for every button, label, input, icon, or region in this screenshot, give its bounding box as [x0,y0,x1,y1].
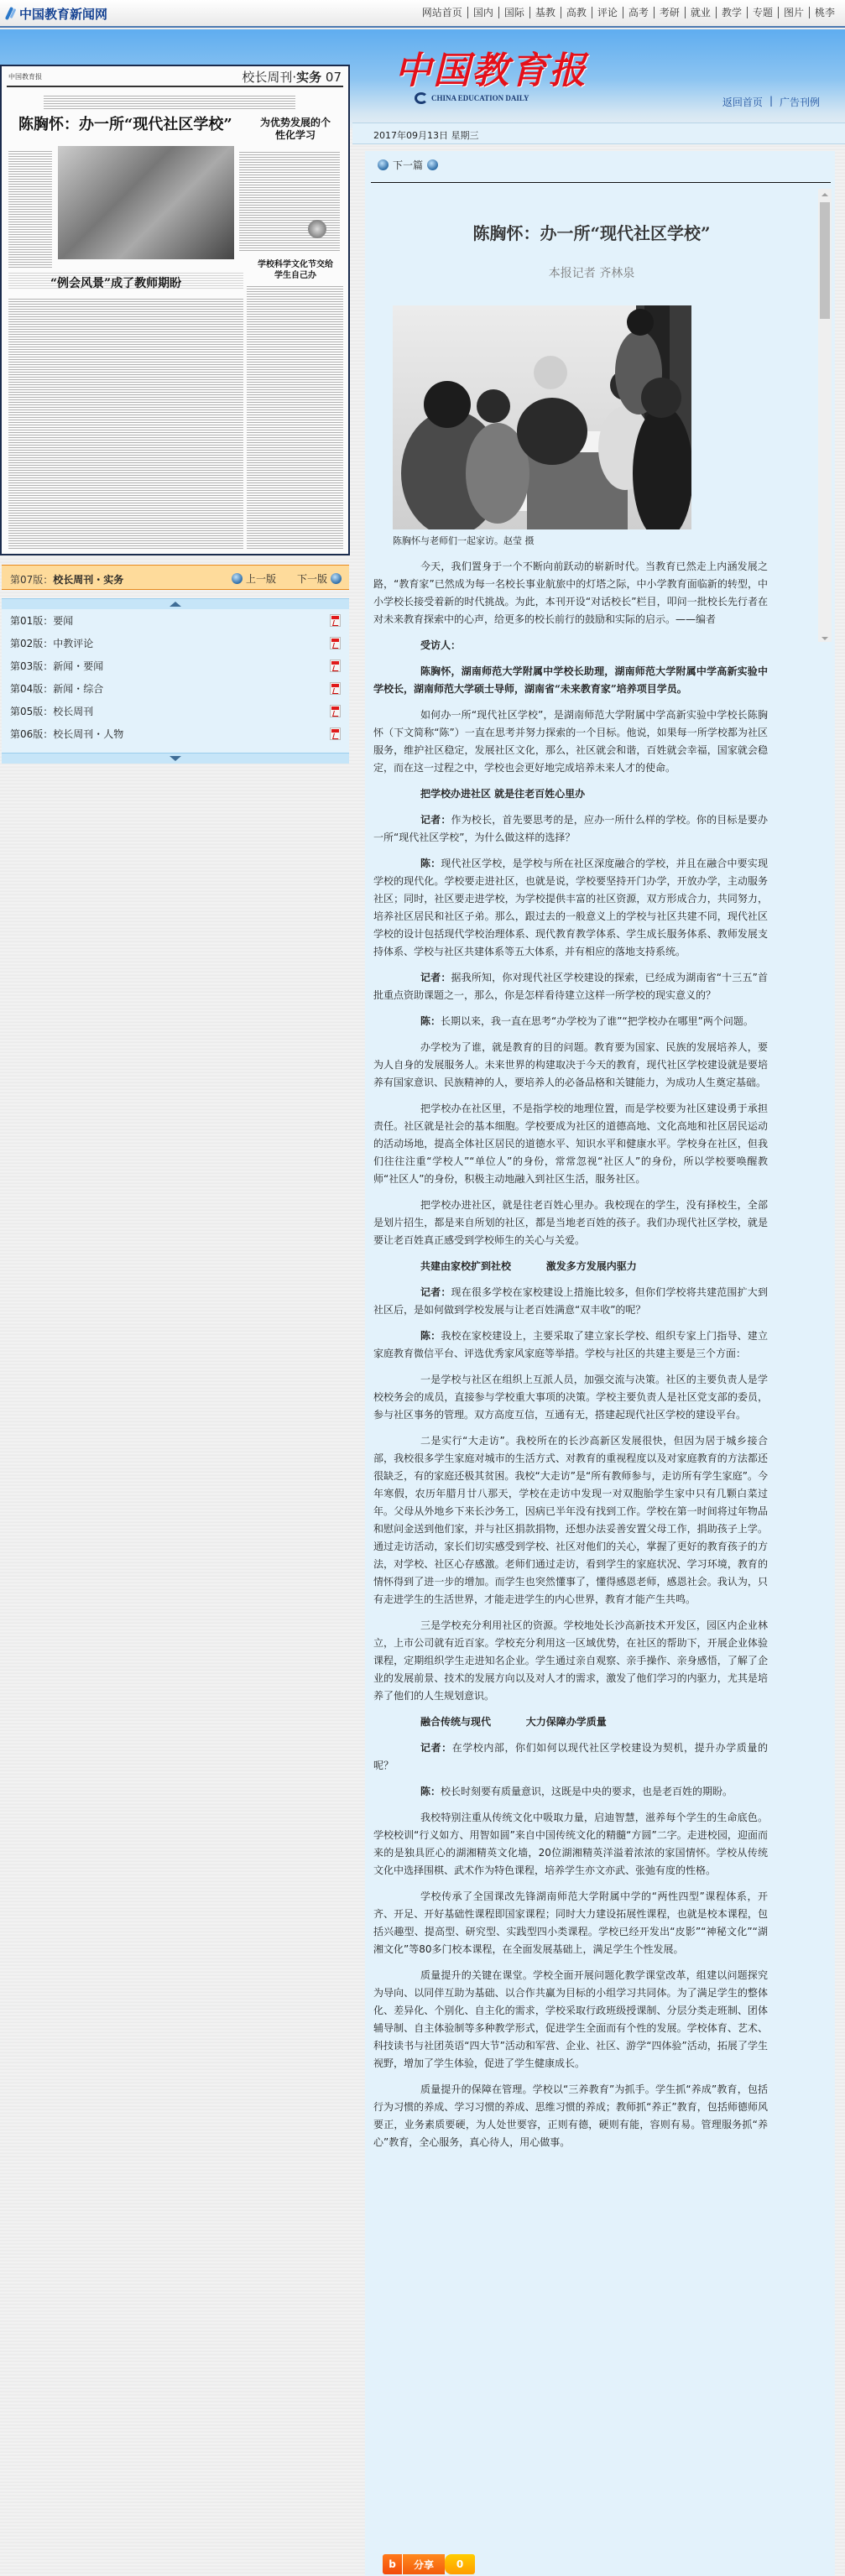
nav-jobs[interactable]: 就业 [685,7,716,18]
nav-topics[interactable]: 专题 [747,7,778,18]
edition-item[interactable]: 第02版：中教评论 [2,632,349,654]
qa-paragraph: 记者：在学校内部，你们如何以现代社区学校建设为契机，提升办学质量的呢？ [373,1739,768,1775]
edition-bar: 第07版：校长周刊・实务 上一版 下一版 [2,565,349,590]
masthead: 中国教育报 CHINA EDUCATION DAILY [394,40,587,104]
scroll-down-arrow[interactable] [818,637,832,640]
paragraph: 二是实行“大走访”。我校所在的长沙高新区发展很快，但因为居于城乡接合部，我校很多… [373,1432,768,1609]
pdf-icon[interactable] [330,614,341,627]
paragraph: 把学校办进社区，就是往老百姓心里办。我校现在的学生，没有择校生，全部是划片招生，… [373,1197,768,1249]
triangle-up-icon [170,602,181,607]
pdf-icon[interactable] [330,727,341,740]
nav-basic-edu[interactable]: 基教 [529,7,561,18]
triangle-down-icon [822,637,828,640]
preview-section-title: 校长周刊·实务 07 [242,68,342,86]
paragraph: 如何办一所“现代社区学校”，是湖南师范大学附属中学高新实验中学校长陈胸怀（下文简… [373,707,768,777]
site-name: 中国教育新闻网 [19,5,107,23]
article-title: 陈胸怀：办一所“现代社区学校” [365,220,818,244]
preview-logo: 中国教育报 [8,72,42,81]
preview-portrait [308,220,326,238]
share-logo-icon: b [383,2554,403,2574]
qa-paragraph: 记者：现在很多学校在家校建设上措施比较多，但你们学校将共建范围扩大到社区后，是如… [373,1284,768,1319]
nav-taoli[interactable]: 桃李 [809,7,840,18]
paragraph: 把学校办在社区里，不是指学校的地理位置，而是学校要为社区建设勇于承担责任。社区就… [373,1100,768,1188]
preview-headline[interactable]: 为优势发展的个性化学习 [258,117,333,142]
pdf-icon[interactable] [330,705,341,717]
photo-caption: 陈胸怀与老师们一起家访。赵莹 摄 [393,534,535,547]
edition-item[interactable]: 第04版：新闻・综合 [2,677,349,700]
edition-list: 第01版：要闻 第02版：中教评论 第03版：新闻・要闻 第04版：新闻・综合 … [2,598,349,764]
link-separator: | [769,95,773,109]
nav-gaokao[interactable]: 高考 [623,7,654,18]
subheading: 把学校办进社区 就是往老百姓心里办 [373,785,768,803]
article-nav: 下一篇 [378,158,438,172]
interviewee-label: 受访人： [373,637,768,654]
pdf-icon[interactable] [330,682,341,695]
paragraph: 办学校为了谁，就是教育的目的问题。教育要为国家、民族的发展培养人，要为人自身的发… [373,1039,768,1092]
arrow-right-icon [331,573,342,584]
preview-headline[interactable]: 学校科学文化节交给学生自己办 [258,259,333,281]
paragraph: 一是学校与社区在组织上互派人员，加强交流与决策。社区的主要负责人是学校校务会的成… [373,1371,768,1424]
subheading: 共建由家校扩到社校 激发多方发展内驱力 [373,1258,768,1275]
nav-international[interactable]: 国际 [498,7,529,18]
nav-pictures[interactable]: 图片 [778,7,809,18]
pdf-icon[interactable] [330,660,341,672]
scroll-up-button[interactable] [2,598,349,609]
masthead-subtitle: CHINA EDUCATION DAILY [431,94,529,102]
article-body: 今天，我们置身于一个不断向前跃动的崭新时代。当教育已然走上内涵发展之路，“教育家… [373,558,768,2160]
scroll-thumb[interactable] [820,202,830,319]
nav-commentary[interactable]: 评论 [592,7,623,18]
prev-article-icon[interactable] [378,159,389,170]
nav-higher-edu[interactable]: 高教 [561,7,592,18]
qa-paragraph: 陈：校长时刻要有质量意识，这既是中央的要求，也是老百姓的期盼。 [373,1783,768,1801]
paragraph: 我校特别注重从传统文化中吸取力量，启迪智慧，滋养每个学生的生命底色。学校校训“行… [373,1809,768,1880]
preview-headline[interactable]: “例会风景”成了教师期盼 [50,274,181,291]
top-nav: 网站首页 国内 国际 基教 高教 评论 高考 考研 就业 教学 专题 图片 桃李 [417,7,840,18]
home-visit-photo [393,305,691,529]
current-edition: 第07版：校长周刊・实务 [10,572,123,587]
paragraph: 质量提升的保障在管理。学校以“三养教育”为抓手。学生抓“养成”教育，包括行为习惯… [373,2081,768,2151]
qa-paragraph: 陈：现代社区学校，是学校与所在社区深度融合的学校，并且在融合中要实现学校的现代化… [373,855,768,961]
page-preview[interactable]: 中国教育报 校长周刊·实务 07 陈胸怀：办一所“现代社区学校” 为优势发展的个… [0,65,350,555]
share-count: 0 [445,2554,475,2574]
qa-paragraph: 记者：作为校长，首先要思考的是，应办一所什么样的学校。你的目标是要办一所“现代社… [373,811,768,847]
ad-rates-link[interactable]: 广告刊例 [780,95,820,109]
top-bar: 中国教育新闻网 网站首页 国内 国际 基教 高教 评论 高考 考研 就业 教学 … [0,0,845,28]
share-button[interactable]: b 分享 0 [383,2554,475,2574]
edition-item[interactable]: 第03版：新闻・要闻 [2,654,349,677]
subheading: 融合传统与现代 大力保障办学质量 [373,1713,768,1731]
triangle-up-icon [822,193,828,196]
issue-date: 2017年09月13日 星期三 [373,128,479,142]
divider [371,182,831,183]
preview-headline[interactable]: 陈胸怀：办一所“现代社区学校” [18,112,232,134]
preview-photo [58,146,234,259]
qa-paragraph: 记者：据我所知，你对现代社区学校建设的探索，已经成为湖南省“十三五”首批重点资助… [373,969,768,1004]
ced-logo-icon [415,92,428,104]
prev-edition-button[interactable]: 上一版 [232,571,276,586]
arrow-left-icon [232,573,243,584]
scroll-down-button[interactable] [2,753,349,764]
date-bar: 2017年09月13日 星期三 [352,123,845,144]
edition-item[interactable]: 第05版：校长周刊 [2,700,349,722]
masthead-title: 中国教育报 [394,40,587,94]
article-photo [393,305,691,529]
nav-home[interactable]: 网站首页 [417,7,467,18]
nav-domestic[interactable]: 国内 [467,7,498,18]
edition-item[interactable]: 第01版：要闻 [2,609,349,632]
paragraph: 今天，我们置身于一个不断向前跃动的崭新时代。当教育已然走上内涵发展之路，“教育家… [373,558,768,628]
header-links: 返回首页 | 广告刊例 [722,95,820,109]
article-panel: 下一篇 陈胸怀：办一所“现代社区学校” 本报记者 齐林泉 [365,151,835,2576]
next-edition-button[interactable]: 下一版 [297,571,342,586]
next-article-link[interactable]: 下一篇 [393,158,423,172]
triangle-down-icon [170,756,181,761]
site-logo[interactable]: 中国教育新闻网 [6,5,107,22]
qa-paragraph: 陈：长期以来，我一直在思考“办学校为了谁”“把学校办在哪里”两个问题。 [373,1013,768,1030]
paragraph: 学校传承了全国课改先锋湖南师范大学附属中学的“两性四型”课程体系，开齐、开足、开… [373,1888,768,1958]
nav-kaoyan[interactable]: 考研 [654,7,685,18]
article-author: 本报记者 齐林泉 [365,264,818,281]
qa-paragraph: 陈：我校在家校建设上，主要采取了建立家长学校、组织专家上门指导、建立家庭教育微信… [373,1327,768,1363]
pdf-icon[interactable] [330,637,341,649]
article-scrollbar[interactable] [818,189,832,642]
scroll-up-arrow[interactable] [818,189,832,201]
paragraph: 质量提升的关键在课堂。学校全面开展问题化教学课堂改革，组建以问题探究为导向、以同… [373,1967,768,2073]
interviewee-bio: 陈胸怀，湖南师范大学附属中学校长助理，湖南师范大学附属中学高新实验中学校长，湖南… [373,663,768,698]
nav-teaching[interactable]: 教学 [716,7,747,18]
flame-logo-icon [6,6,16,21]
next-article-icon[interactable] [427,159,438,170]
back-home-link[interactable]: 返回首页 [722,95,763,109]
paragraph: 三是学校充分利用社区的资源。学校地处长沙高新技术开发区，园区内企业林立，上市公司… [373,1617,768,1705]
edition-item[interactable]: 第06版：校长周刊・人物 [2,722,349,745]
